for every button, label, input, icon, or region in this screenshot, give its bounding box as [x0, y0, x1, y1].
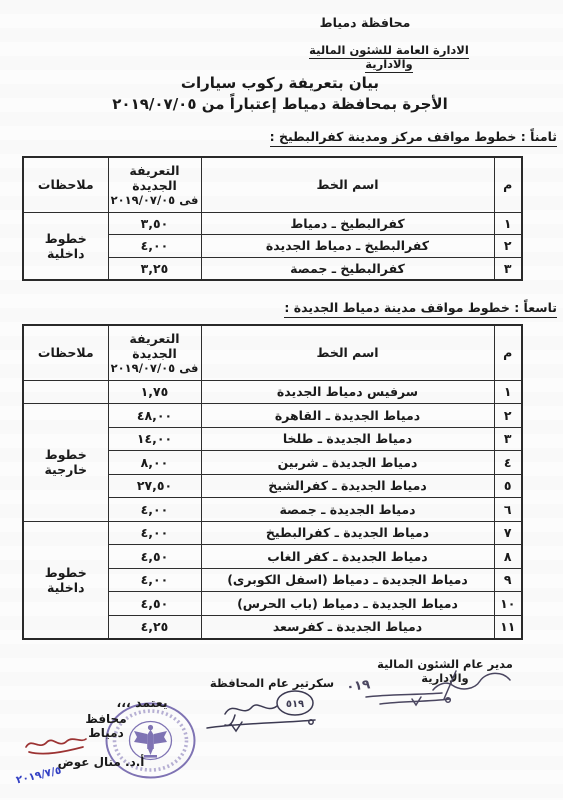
col-header-notes: ملاحظات	[23, 325, 108, 380]
line-name: دمياط الجديدة ـ كفرالشيخ	[201, 474, 494, 498]
notes-group-label: خطوط خارجية	[23, 404, 108, 522]
secretary-stamp-number: ٥١٩	[286, 699, 304, 710]
tariff-value: ٣,٥٠	[108, 212, 201, 235]
col-header-tariff: التعريفة الجديدة فى ٢٠١٩/٠٧/٠٥	[108, 157, 201, 212]
tariff-value: ٤,٠٠	[108, 498, 201, 522]
fare-table-kafr-el-batikh: م اسم الخط التعريفة الجديدة فى ٢٠١٩/٠٧/٠…	[22, 156, 523, 281]
table-header-row: م اسم الخط التعريفة الجديدة فى ٢٠١٩/٠٧/٠…	[23, 157, 522, 212]
col-header-no: م	[494, 157, 522, 212]
table-row: ١ سرفيس دمياط الجديدة ١,٧٥	[23, 380, 522, 404]
tariff-value: ١,٧٥	[108, 380, 201, 404]
row-no: ١٠	[494, 592, 522, 616]
doc-title-line2: الأجرة بمحافظة دمياط إعتباراً من ٢٠١٩/٠٧…	[110, 94, 450, 115]
col-header-tariff: التعريفة الجديدة فى ٢٠١٩/٠٧/٠٥	[108, 325, 201, 380]
director-signature-handwriting: ٢٠١٩	[348, 668, 516, 708]
line-name: دمياط الجديدة ـ طلخا	[201, 427, 494, 451]
row-no: ١١	[494, 615, 522, 639]
line-name: كفرالبطيخ ـ دمياط الجديدة	[201, 235, 494, 258]
tariff-value: ٣,٢٥	[108, 257, 201, 280]
tariff-value: ٨,٠٠	[108, 451, 201, 475]
row-no: ٢	[494, 404, 522, 428]
table-header-row: م اسم الخط التعريفة الجديدة فى ٢٠١٩/٠٧/٠…	[23, 325, 522, 380]
tariff-value: ٤,٢٥	[108, 615, 201, 639]
line-name: سرفيس دمياط الجديدة	[201, 380, 494, 404]
row-no: ٣	[494, 257, 522, 280]
tariff-value: ١٤,٠٠	[108, 427, 201, 451]
table-row: ٢ دمياط الجديدة ـ القاهرة ٤٨,٠٠ خطوط خار…	[23, 404, 522, 428]
fare-table-new-damietta: م اسم الخط التعريفة الجديدة فى ٢٠١٩/٠٧/٠…	[22, 324, 523, 640]
approval-word: يعتمد ،،،	[103, 695, 181, 710]
header-department: الادارة العامة للشئون المالية والادارية	[288, 43, 490, 71]
director-hand-date: ٢٠١٩	[348, 677, 371, 696]
line-name: دمياط الجديدة ـ دمياط (اسفل الكوبرى)	[201, 568, 494, 592]
line-name: دمياط الجديدة ـ جمصة	[201, 498, 494, 522]
tariff-header-line2: فى ٢٠١٩/٠٧/٠٥	[111, 193, 199, 207]
section-9-heading: تاسعاً : خطوط مواقف مدينة دمياط الجديدة …	[284, 300, 557, 315]
notes-empty-cell	[23, 380, 108, 404]
doc-title-line1: بيان بتعريفة ركوب سيارات	[110, 73, 450, 94]
tariff-header-line1: التعريفة الجديدة	[111, 163, 199, 193]
tariff-header-line2: فى ٢٠١٩/٠٧/٠٥	[111, 361, 199, 375]
line-name: دمياط الجديدة ـ كفر الغاب	[201, 545, 494, 569]
header-governorate: محافظة دمياط	[280, 15, 450, 30]
line-name: كفرالبطيخ ـ دمياط	[201, 212, 494, 235]
secretary-signature-handwriting: ٥١٩	[195, 687, 327, 733]
tariff-value: ٤٨,٠٠	[108, 404, 201, 428]
tariff-value: ٤,٥٠	[108, 592, 201, 616]
line-name: دمياط الجديدة ـ شربين	[201, 451, 494, 475]
row-no: ٧	[494, 521, 522, 545]
row-no: ٣	[494, 427, 522, 451]
governor-name: أ.د. منال عوض	[56, 755, 146, 769]
scanned-document-page: محافظة دمياط الادارة العامة للشئون المال…	[0, 0, 563, 800]
line-name: دمياط الجديدة ـ القاهرة	[201, 404, 494, 428]
table-row: ٧ دمياط الجديدة ـ كفرالبطيخ ٤,٠٠ خطوط دا…	[23, 521, 522, 545]
table-row: ١ كفرالبطيخ ـ دمياط ٣,٥٠ خطوط داخلية	[23, 212, 522, 235]
col-header-notes: ملاحظات	[23, 157, 108, 212]
handwritten-date-blue: ٢٠١٩/٧/٥	[1, 764, 62, 789]
row-no: ٦	[494, 498, 522, 522]
line-name: كفرالبطيخ ـ جمصة	[201, 257, 494, 280]
row-no: ٢	[494, 235, 522, 258]
tariff-value: ٤,٠٠	[108, 568, 201, 592]
col-header-no: م	[494, 325, 522, 380]
row-no: ١	[494, 380, 522, 404]
notes-group-label: خطوط داخلية	[23, 212, 108, 280]
tariff-value: ٤,٠٠	[108, 235, 201, 258]
row-no: ٩	[494, 568, 522, 592]
col-header-line-name: اسم الخط	[201, 325, 494, 380]
row-no: ٤	[494, 451, 522, 475]
row-no: ١	[494, 212, 522, 235]
tariff-header-line1: التعريفة الجديدة	[111, 331, 199, 361]
row-no: ٥	[494, 474, 522, 498]
line-name: دمياط الجديدة ـ دمياط (باب الحرس)	[201, 592, 494, 616]
document-title: بيان بتعريفة ركوب سيارات الأجرة بمحافظة …	[110, 73, 450, 115]
tariff-value: ٤,٥٠	[108, 545, 201, 569]
row-no: ٨	[494, 545, 522, 569]
notes-group-label: خطوط داخلية	[23, 521, 108, 639]
tariff-value: ٤,٠٠	[108, 521, 201, 545]
line-name: دمياط الجديدة ـ كفرالبطيخ	[201, 521, 494, 545]
section-8-heading: ثامناً : خطوط مواقف مركز ومدينة كفرالبطي…	[270, 129, 557, 144]
col-header-line-name: اسم الخط	[201, 157, 494, 212]
line-name: دمياط الجديدة ـ كفرسعد	[201, 615, 494, 639]
tariff-value: ٢٧,٥٠	[108, 474, 201, 498]
